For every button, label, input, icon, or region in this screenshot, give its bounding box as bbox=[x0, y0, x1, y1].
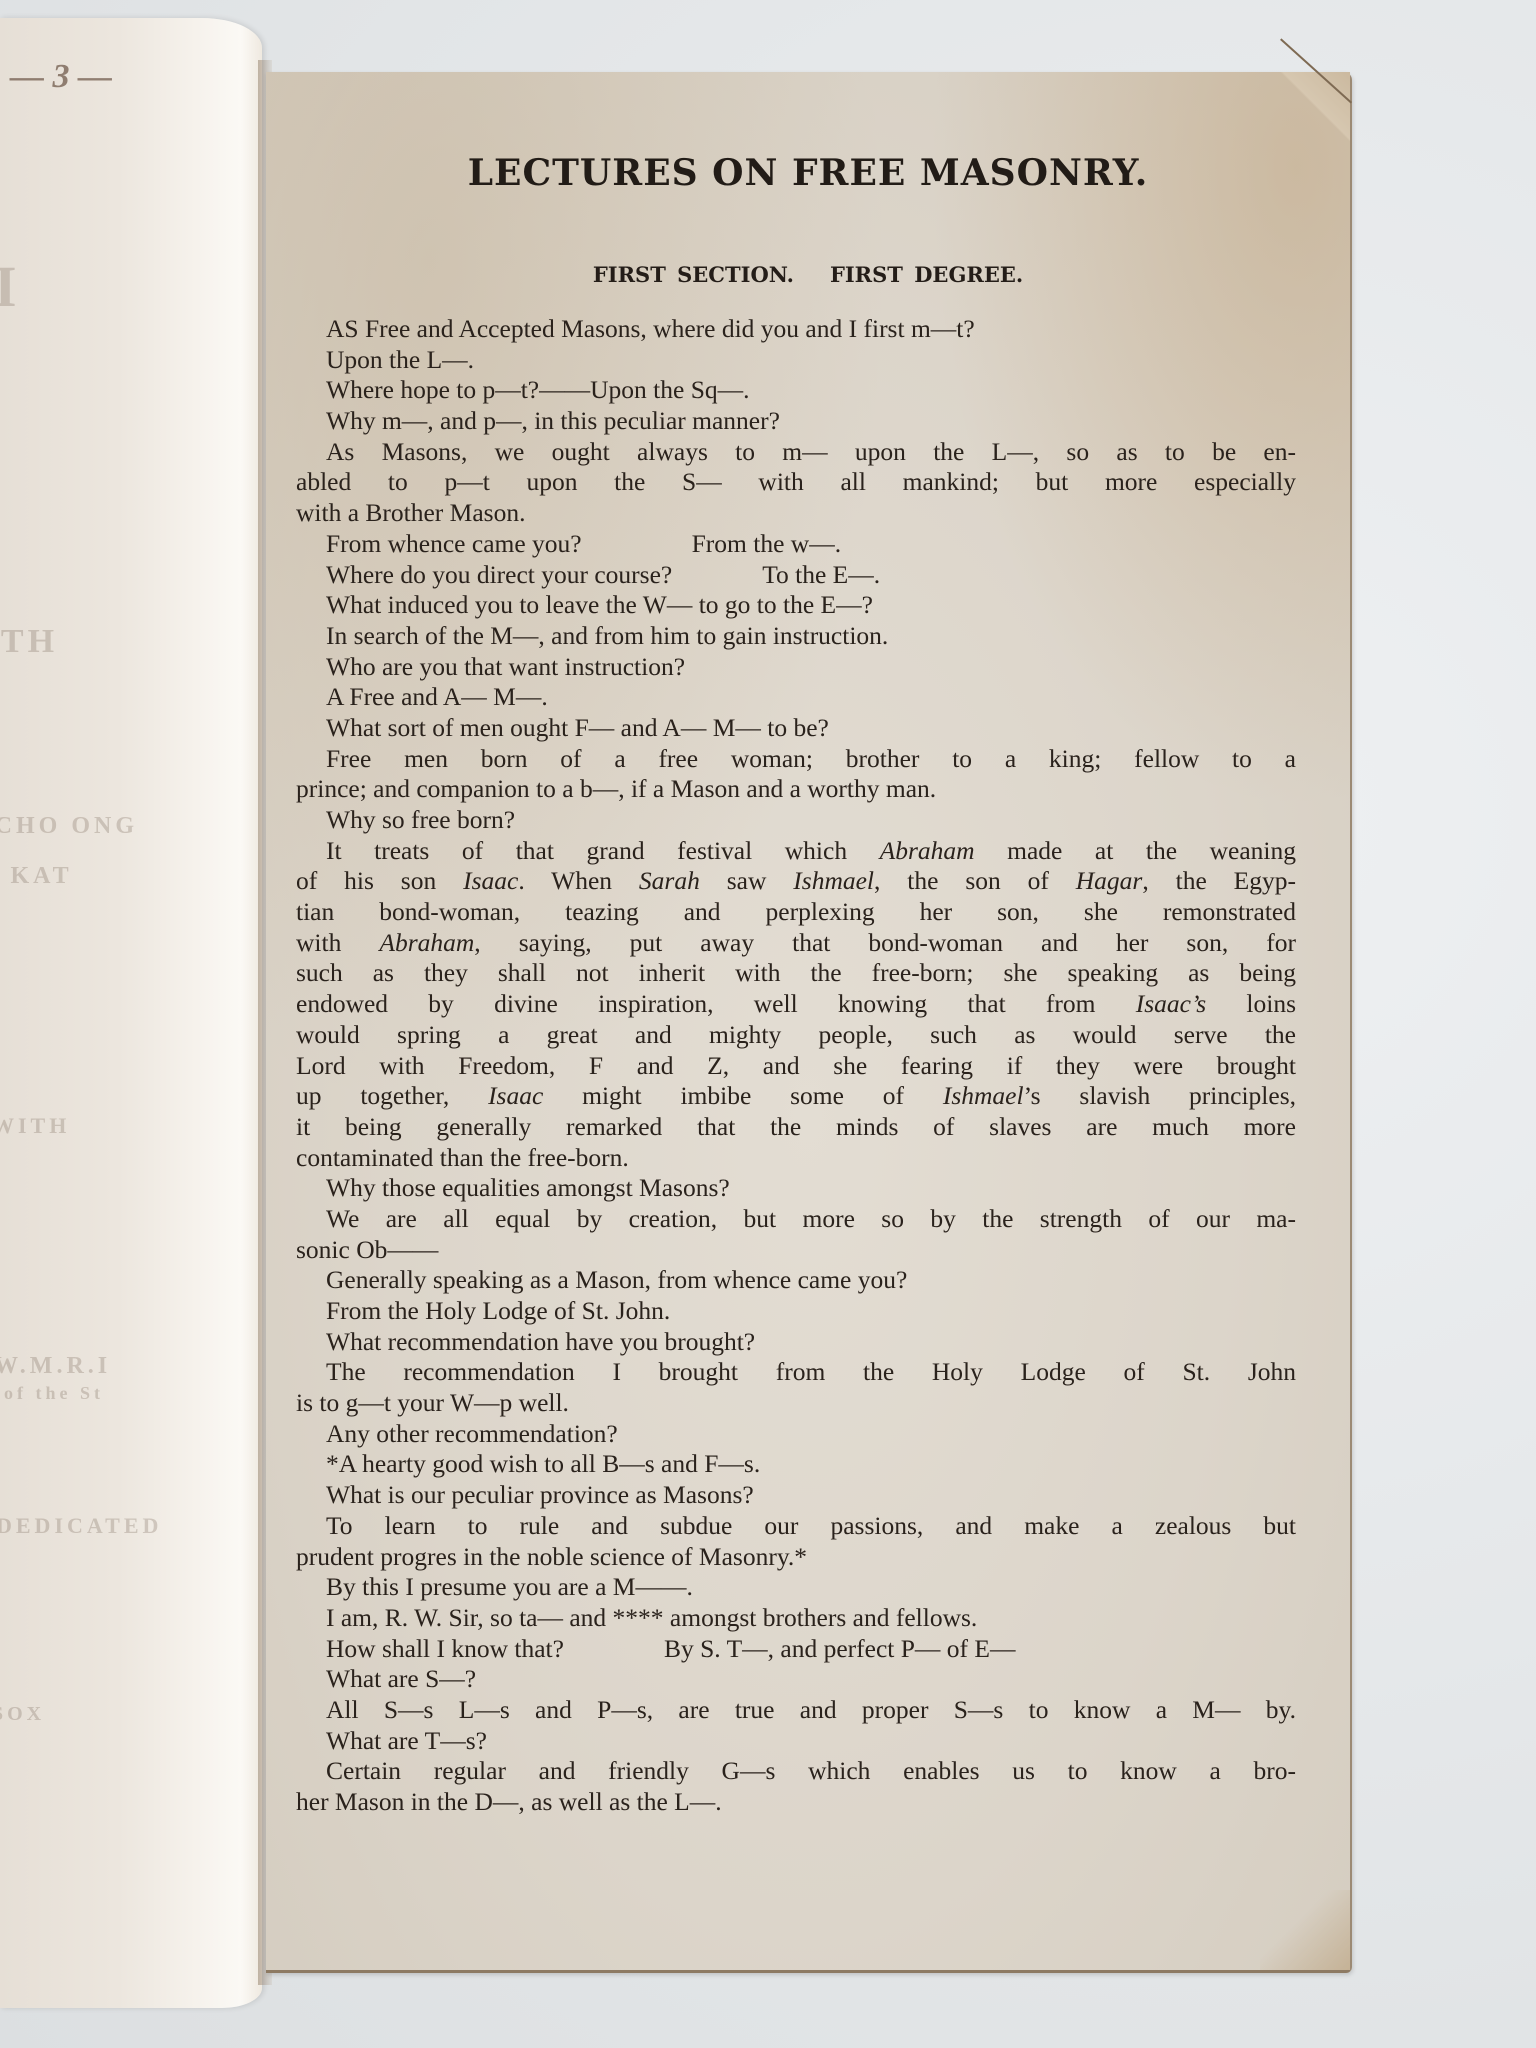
section-label: FIRST SECTION. bbox=[593, 262, 794, 287]
text-run: Lord with Freedom, F and Z, and she fear… bbox=[296, 1051, 1296, 1080]
text-run: sonic Ob—— bbox=[296, 1235, 438, 1264]
text-run: , the Egyp- bbox=[1142, 866, 1296, 895]
text-run: The recommendation I brought from the Ho… bbox=[326, 1357, 1296, 1386]
facing-page: — 3 — I ON TH RICHO ONG OF KAT WITH W.M.… bbox=[0, 18, 262, 2008]
text-line: From the Holy Lodge of St. John. bbox=[296, 1296, 1296, 1327]
text-run: with a Brother Mason. bbox=[296, 498, 525, 527]
text-line: In search of the M—, and from him to gai… bbox=[296, 621, 1296, 652]
text-run: her Mason in the D—, as well as the L—. bbox=[296, 1787, 722, 1816]
text-run: Why m—, and p—, in this peculiar manner? bbox=[326, 406, 780, 435]
italic-name: Hagar bbox=[1076, 866, 1143, 895]
text-line: It treats of that grand festival which A… bbox=[296, 836, 1296, 867]
text-line: of his son Isaac. When Sarah saw Ishmael… bbox=[296, 866, 1296, 897]
text-line: From whence came you?From the w—. bbox=[296, 529, 1296, 560]
text-run: AS Free and Accepted Masons, where did y… bbox=[326, 314, 975, 343]
text-run: To the E—. bbox=[762, 560, 880, 589]
bleed-through-text: W.M.R.I bbox=[0, 1353, 111, 1380]
text-line: prince; and companion to a b—, if a Maso… bbox=[296, 774, 1296, 805]
text-run: By this I presume you are a M——. bbox=[326, 1572, 693, 1601]
text-run: As Masons, we ought always to m— upon th… bbox=[326, 437, 1296, 466]
text-run: made at the weaning bbox=[975, 836, 1296, 865]
italic-name: Isaac’s bbox=[1136, 989, 1206, 1018]
text-line: What is our peculiar province as Masons? bbox=[296, 1480, 1296, 1511]
text-run: Generally speaking as a Mason, from when… bbox=[326, 1265, 907, 1294]
bleed-through-text: RICHO ONG bbox=[0, 813, 138, 840]
text-run: prudent progres in the noble science of … bbox=[296, 1542, 807, 1571]
text-line: tian bond-woman, teazing and perplexing … bbox=[296, 897, 1296, 928]
text-run: saw bbox=[700, 866, 793, 895]
text-run: To learn to rule and subdue our passions… bbox=[326, 1511, 1296, 1540]
text-line: it being generally remarked that the min… bbox=[296, 1112, 1296, 1143]
text-line: up together, Isaac might imbibe some of … bbox=[296, 1081, 1296, 1112]
text-run: , the son of bbox=[874, 866, 1076, 895]
text-run: prince; and companion to a b—, if a Maso… bbox=[296, 774, 936, 803]
text-line: Certain regular and friendly G—s which e… bbox=[296, 1756, 1296, 1787]
text-run: with bbox=[296, 928, 379, 957]
ink-inscription: — 3 — bbox=[10, 58, 112, 96]
text-line: her Mason in the D—, as well as the L—. bbox=[296, 1787, 1296, 1818]
text-line: such as they shall not inherit with the … bbox=[296, 958, 1296, 989]
text-line: sonic Ob—— bbox=[296, 1235, 1296, 1266]
text-line: *A hearty good wish to all B—s and F—s. bbox=[296, 1449, 1296, 1480]
text-line: Why m—, and p—, in this peculiar manner? bbox=[296, 406, 1296, 437]
text-line: What induced you to leave the W— to go t… bbox=[296, 590, 1296, 621]
text-run: What sort of men ought F— and A— M— to b… bbox=[326, 713, 829, 742]
text-run: Any other recommendation? bbox=[326, 1419, 618, 1448]
text-run: Who are you that want instruction? bbox=[326, 652, 685, 681]
text-run: ’s slavish principles, bbox=[1024, 1081, 1296, 1110]
text-run: From the Holy Lodge of St. John. bbox=[326, 1296, 670, 1325]
text-run: How shall I know that? bbox=[326, 1634, 564, 1663]
bleed-through-text: OF KAT bbox=[0, 863, 73, 890]
text-line: Why so free born? bbox=[296, 805, 1296, 836]
text-line: How shall I know that?By S. T—, and perf… bbox=[296, 1634, 1296, 1665]
text-run: Certain regular and friendly G—s which e… bbox=[326, 1756, 1296, 1785]
text-run: What recommendation have you brought? bbox=[326, 1327, 755, 1356]
text-run: it being generally remarked that the min… bbox=[296, 1112, 1296, 1141]
text-run: contaminated than the free-born. bbox=[296, 1143, 629, 1172]
text-run: What is our peculiar province as Masons? bbox=[326, 1480, 754, 1509]
text-run: What are T—s? bbox=[326, 1726, 487, 1755]
text-line: Lord with Freedom, F and Z, and she fear… bbox=[296, 1051, 1296, 1082]
text-line: What recommendation have you brought? bbox=[296, 1327, 1296, 1358]
text-run: loins bbox=[1206, 989, 1296, 1018]
text-line: The recommendation I brought from the Ho… bbox=[296, 1357, 1296, 1388]
text-line: prudent progres in the noble science of … bbox=[296, 1542, 1296, 1573]
text-run: We are all equal by creation, but more s… bbox=[326, 1204, 1296, 1233]
page-title: LECTURES ON FREE MASONRY. bbox=[266, 152, 1350, 194]
text-run: In search of the M—, and from him to gai… bbox=[326, 621, 888, 650]
italic-name: Isaac bbox=[463, 866, 518, 895]
text-line: with Abraham, saying, put away that bond… bbox=[296, 928, 1296, 959]
text-line: would spring a great and mighty people, … bbox=[296, 1020, 1296, 1051]
text-run: All S—s L—s and P—s, are true and proper… bbox=[326, 1695, 1296, 1724]
text-run: of his son bbox=[296, 866, 463, 895]
italic-name: Abraham bbox=[880, 836, 975, 865]
text-run: endowed by divine inspiration, well know… bbox=[296, 989, 1136, 1018]
text-run: I am, R. W. Sir, so ta— and **** amongst… bbox=[326, 1603, 977, 1632]
text-line: Where do you direct your course?To the E… bbox=[296, 560, 1296, 591]
italic-name: Ishmael bbox=[793, 866, 874, 895]
text-run: Upon the L—. bbox=[326, 345, 474, 374]
text-run: Why those equalities amongst Masons? bbox=[326, 1173, 730, 1202]
text-run: Why so free born? bbox=[326, 805, 515, 834]
text-line: What sort of men ought F— and A— M— to b… bbox=[296, 713, 1296, 744]
text-line: abled to p—t upon the S— with all mankin… bbox=[296, 467, 1296, 498]
bleed-through-text: I bbox=[0, 253, 21, 320]
text-run: up together, bbox=[296, 1081, 488, 1110]
text-line: with a Brother Mason. bbox=[296, 498, 1296, 529]
text-run: such as they shall not inherit with the … bbox=[296, 958, 1296, 987]
text-run: , saying, put away that bond-woman and h… bbox=[474, 928, 1296, 957]
text-line: We are all equal by creation, but more s… bbox=[296, 1204, 1296, 1235]
text-line: Why those equalities amongst Masons? bbox=[296, 1173, 1296, 1204]
text-run: Free men born of a free woman; brother t… bbox=[326, 744, 1296, 773]
text-run: abled to p—t upon the S— with all mankin… bbox=[296, 467, 1296, 496]
italic-name: Sarah bbox=[639, 866, 700, 895]
text-run: From whence came you? bbox=[326, 529, 582, 558]
italic-name: Abraham bbox=[379, 928, 474, 957]
text-line: What are T—s? bbox=[296, 1726, 1296, 1757]
bleed-through-text: ON TH bbox=[0, 623, 58, 661]
text-run: What are S—? bbox=[326, 1664, 476, 1693]
text-line: AS Free and Accepted Masons, where did y… bbox=[296, 314, 1296, 345]
bleed-through-text: of the St bbox=[4, 1383, 104, 1404]
text-run: tian bond-woman, teazing and perplexing … bbox=[296, 897, 1296, 926]
section-header: FIRST SECTION.FIRST DEGREE. bbox=[266, 262, 1350, 287]
text-run: might imbibe some of bbox=[543, 1081, 943, 1110]
text-run: A Free and A— M—. bbox=[326, 682, 548, 711]
text-line: Free men born of a free woman; brother t… bbox=[296, 744, 1296, 775]
text-run: It treats of that grand festival which bbox=[326, 836, 880, 865]
text-line: Generally speaking as a Mason, from when… bbox=[296, 1265, 1296, 1296]
text-line: By this I presume you are a M——. bbox=[296, 1572, 1296, 1603]
italic-name: Ishmael bbox=[943, 1081, 1024, 1110]
text-line: A Free and A— M—. bbox=[296, 682, 1296, 713]
folded-corner bbox=[1280, 72, 1350, 142]
bleed-through-text: SOX bbox=[0, 1703, 45, 1726]
text-run: *A hearty good wish to all B—s and F—s. bbox=[326, 1449, 760, 1478]
text-line: is to g—t your W—p well. bbox=[296, 1388, 1296, 1419]
text-line: Any other recommendation? bbox=[296, 1419, 1296, 1450]
text-run: Where hope to p—t?——Upon the Sq—. bbox=[326, 375, 750, 404]
text-line: To learn to rule and subdue our passions… bbox=[296, 1511, 1296, 1542]
worn-corner bbox=[1260, 1890, 1350, 1970]
text-line: All S—s L—s and P—s, are true and proper… bbox=[296, 1695, 1296, 1726]
lecture-text: AS Free and Accepted Masons, where did y… bbox=[296, 314, 1296, 1818]
text-run: would spring a great and mighty people, … bbox=[296, 1020, 1296, 1049]
italic-name: Isaac bbox=[488, 1081, 543, 1110]
text-line: endowed by divine inspiration, well know… bbox=[296, 989, 1296, 1020]
main-page: LECTURES ON FREE MASONRY. FIRST SECTION.… bbox=[266, 72, 1352, 1973]
text-line: What are S—? bbox=[296, 1664, 1296, 1695]
text-run: From the w—. bbox=[692, 529, 841, 558]
text-line: Upon the L—. bbox=[296, 345, 1296, 376]
text-line: As Masons, we ought always to m— upon th… bbox=[296, 437, 1296, 468]
text-run: What induced you to leave the W— to go t… bbox=[326, 590, 873, 619]
degree-label: FIRST DEGREE. bbox=[830, 262, 1023, 287]
text-run: . When bbox=[518, 866, 639, 895]
text-run: Where do you direct your course? bbox=[326, 560, 672, 589]
text-line: contaminated than the free-born. bbox=[296, 1143, 1296, 1174]
bleed-through-text: DEDICATED bbox=[0, 1513, 162, 1539]
text-line: I am, R. W. Sir, so ta— and **** amongst… bbox=[296, 1603, 1296, 1634]
text-run: is to g—t your W—p well. bbox=[296, 1388, 569, 1417]
text-line: Where hope to p—t?——Upon the Sq—. bbox=[296, 375, 1296, 406]
text-line: Who are you that want instruction? bbox=[296, 652, 1296, 683]
text-run: By S. T—, and perfect P— of E— bbox=[664, 1634, 1016, 1663]
bleed-through-text: WITH bbox=[0, 1113, 70, 1139]
